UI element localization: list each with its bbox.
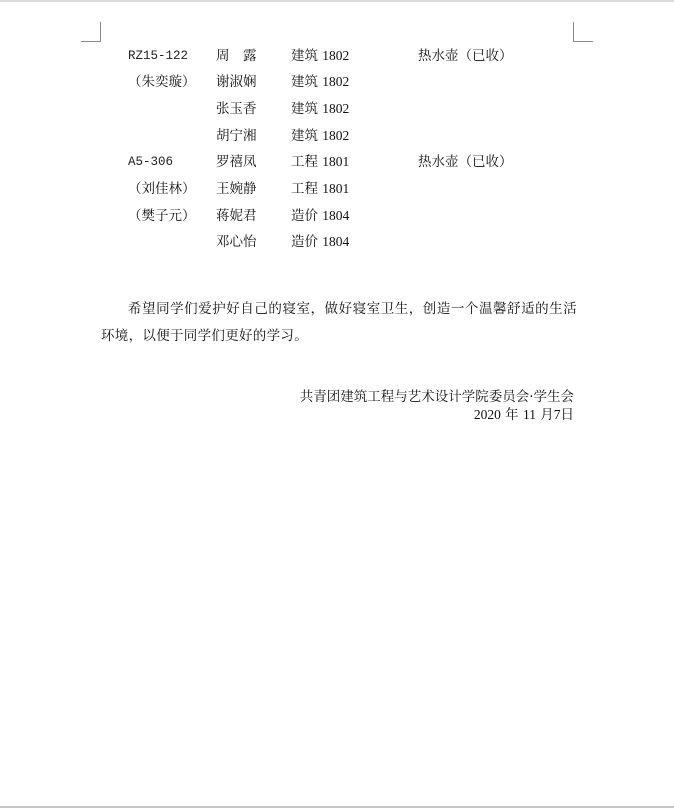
margin-corner-mark-top-right — [573, 22, 593, 42]
class-number: 1801 — [322, 181, 349, 196]
major: 建筑 — [291, 48, 318, 64]
table-row: 张玉香 建筑 1802 — [0, 100, 674, 126]
class-label: 造价 1804 — [291, 207, 349, 225]
student-name: 谢淑娴 — [216, 73, 257, 91]
date-day: 7 — [554, 407, 561, 422]
class-number: 1802 — [322, 48, 349, 63]
major: 造价 — [291, 234, 318, 250]
table-row: 胡宁湘 建筑 1802 — [0, 127, 674, 153]
date-year: 2020 — [474, 407, 501, 422]
class-label: 建筑 1802 — [291, 127, 349, 145]
major: 工程 — [291, 181, 318, 197]
date-day-label: 日 — [561, 407, 575, 423]
class-number: 1801 — [322, 154, 349, 169]
class-label: 建筑 1802 — [291, 73, 349, 91]
class-number: 1802 — [322, 74, 349, 89]
class-number: 1804 — [322, 208, 349, 223]
student-name: 邓心怡 — [216, 233, 257, 251]
document-page: RZ15-122 周 露 建筑 1802 热水壶（已收） （朱奕璇） 谢淑娴 建… — [0, 0, 674, 808]
room-number: RZ15-122 — [128, 47, 188, 65]
student-name: 周 露 — [216, 47, 257, 65]
major: 造价 — [291, 208, 318, 224]
table-row: （樊子元） 蒋妮君 造价 1804 — [0, 207, 674, 233]
table-row: （朱奕璇） 谢淑娴 建筑 1802 — [0, 73, 674, 99]
class-label: 建筑 1802 — [291, 100, 349, 118]
room-leader: （朱奕璇） — [128, 73, 196, 91]
class-label: 造价 1804 — [291, 233, 349, 251]
student-name: 张玉香 — [216, 100, 257, 118]
student-name: 王婉静 — [216, 180, 257, 198]
room-number: A5-306 — [128, 153, 173, 171]
class-number: 1802 — [322, 101, 349, 116]
table-row: （刘佳林） 王婉静 工程 1801 — [0, 180, 674, 206]
student-name: 胡宁湘 — [216, 127, 257, 145]
student-name: 蒋妮君 — [216, 207, 257, 225]
class-label: 建筑 1802 — [291, 47, 349, 65]
class-label: 工程 1801 — [291, 153, 349, 171]
class-number: 1802 — [322, 128, 349, 143]
major: 建筑 — [291, 74, 318, 90]
table-row: A5-306 罗禧凤 工程 1801 热水壶（已收） — [0, 153, 674, 179]
class-label: 工程 1801 — [291, 180, 349, 198]
note: 热水壶（已收） — [418, 153, 513, 171]
class-number: 1804 — [322, 234, 349, 249]
room-leader: （刘佳林） — [128, 180, 196, 198]
note: 热水壶（已收） — [418, 47, 513, 65]
major: 建筑 — [291, 101, 318, 117]
room-leader: （樊子元） — [128, 207, 196, 225]
page-top-edge — [0, 0, 674, 2]
signature-date: 2020 年 11 月7日 — [474, 406, 574, 424]
closing-paragraph: 希望同学们爱护好自己的寝室，做好寝室卫生，创造一个温馨舒适的生活环境，以便于同学… — [101, 296, 577, 350]
date-month-label: 月 — [540, 407, 554, 423]
table-row: 邓心怡 造价 1804 — [0, 233, 674, 259]
date-month: 11 — [523, 407, 536, 422]
date-year-label: 年 — [505, 407, 519, 423]
signature-organization: 共青团建筑工程与艺术设计学院委员会·学生会 — [300, 388, 574, 406]
major: 建筑 — [291, 128, 318, 144]
table-row: RZ15-122 周 露 建筑 1802 热水壶（已收） — [0, 47, 674, 73]
major: 工程 — [291, 154, 318, 170]
margin-corner-mark-top-left — [81, 22, 101, 42]
student-name: 罗禧凤 — [216, 153, 257, 171]
